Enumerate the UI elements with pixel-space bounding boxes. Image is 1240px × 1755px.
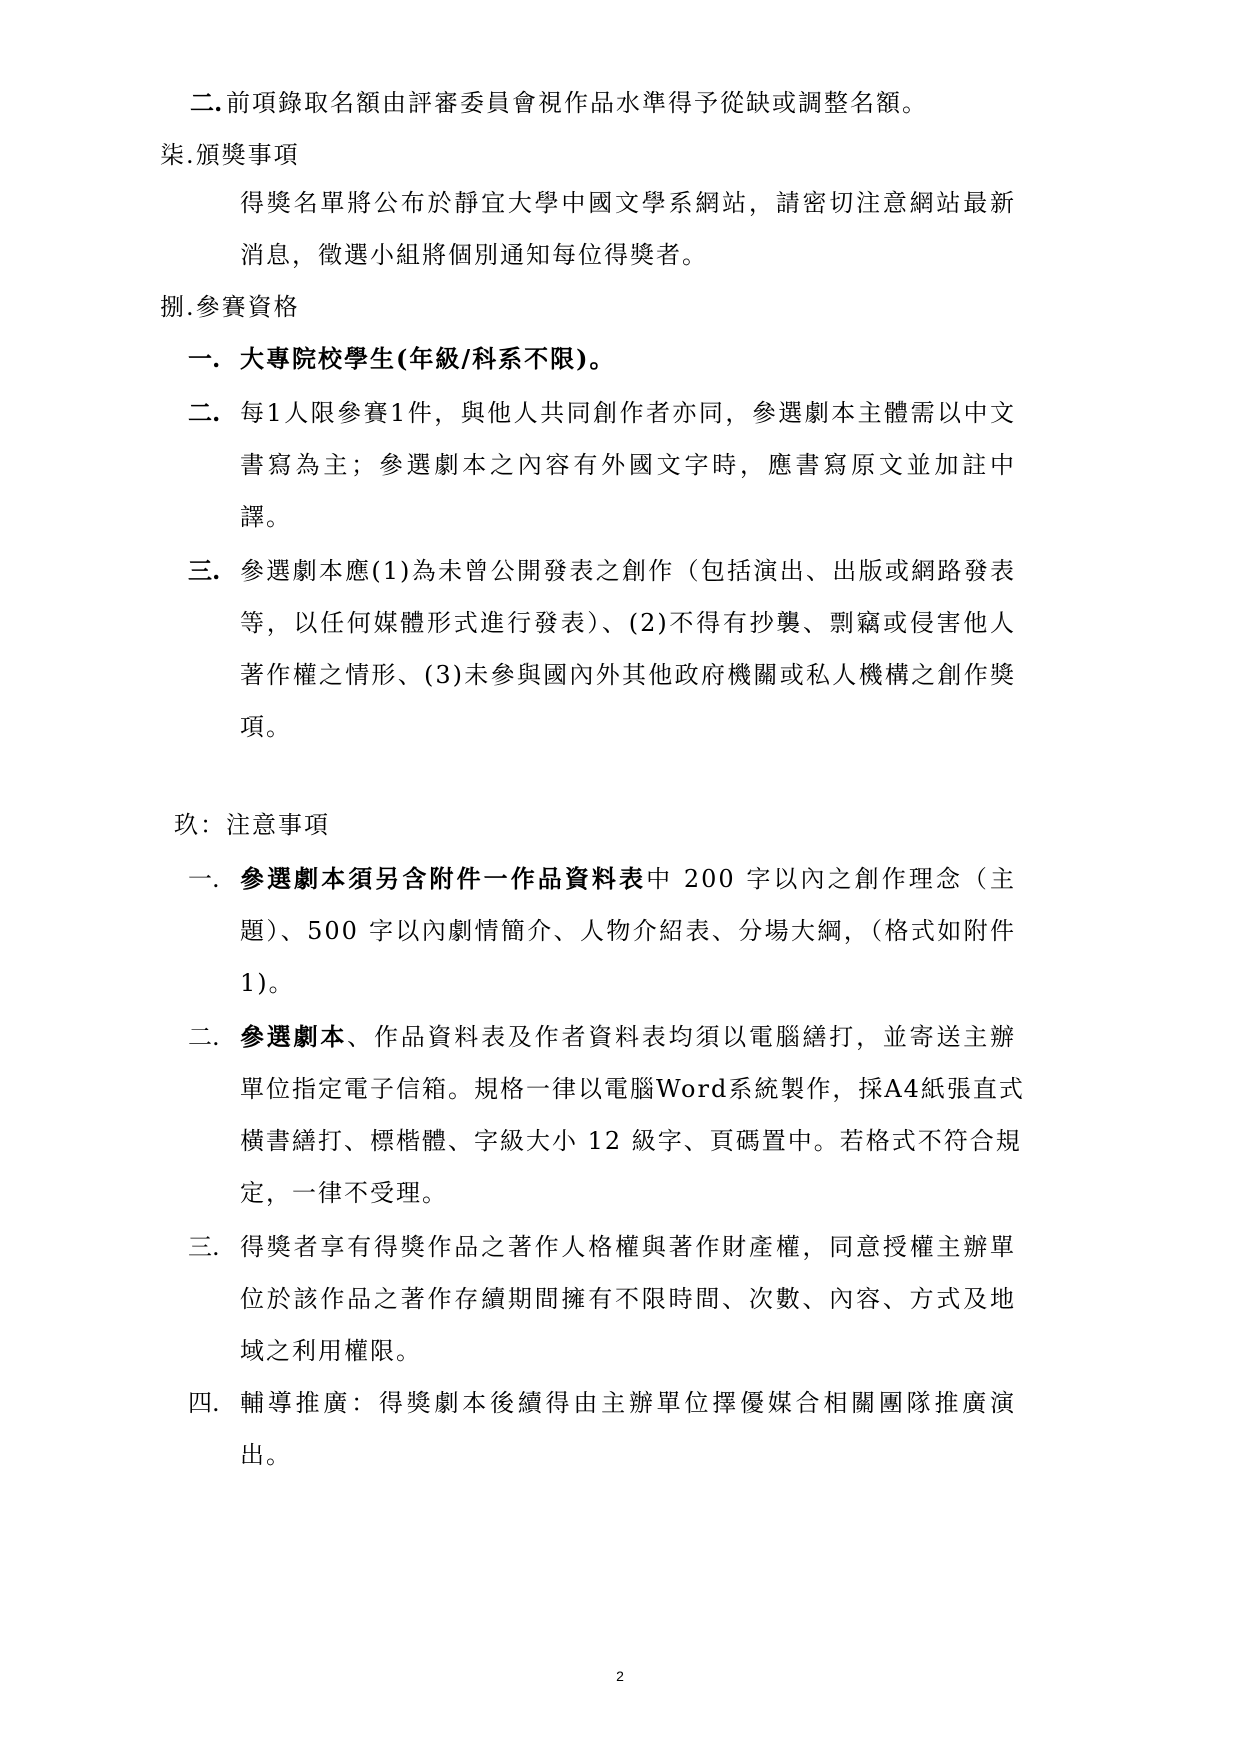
paragraph-line: 書寫為主；參選劇本之內容有外國文字時，應書寫原文並加註中 — [240, 450, 1016, 480]
paragraph-line: 每1人限參賽1件，與他人共同創作者亦同，參選劇本主體需以中文 — [240, 398, 1016, 428]
text-run: 中 200 字以內之創作理念（主 — [646, 865, 1016, 893]
paragraph-line: 得獎者享有得獎作品之著作人格權與著作財產權，同意授權主辦單 — [240, 1232, 1016, 1262]
paragraph-line: 1)。 — [240, 968, 295, 998]
list-marker: 三. — [188, 1232, 220, 1262]
section-heading: 柒.頒獎事項 — [160, 140, 300, 170]
paragraph-line: 大專院校學生(年級/科系不限)。 — [240, 344, 615, 374]
paragraph-line: 橫書繕打、標楷體、字級大小 12 級字、頁碼置中。若格式不符合規 — [240, 1126, 1016, 1156]
paragraph-line: 前項錄取名額由評審委員會視作品水準得予從缺或調整名額。 — [226, 88, 928, 118]
list-marker: 二. — [188, 398, 220, 428]
paragraph-line: 位於該作品之著作存續期間擁有不限時間、次數、內容、方式及地 — [240, 1284, 1016, 1314]
list-marker: 二. — [190, 88, 222, 118]
paragraph-line: 域之利用權限。 — [240, 1336, 422, 1366]
paragraph-line: 著作權之情形、(3)未參與國內外其他政府機關或私人機構之創作獎 — [240, 660, 1016, 690]
paragraph-line: 參選劇本、作品資料表及作者資料表均須以電腦繕打，並寄送主辦 — [240, 1022, 1016, 1052]
paragraph-line: 題）、500 字以內劇情簡介、人物介紹表、分場大綱，（格式如附件 — [240, 916, 1016, 946]
list-marker: 四. — [188, 1388, 220, 1418]
bold-phrase: 參選劇本 — [240, 1022, 347, 1051]
paragraph-line: 消息，徵選小組將個別通知每位得獎者。 — [240, 240, 708, 270]
paragraph-line: 項。 — [240, 712, 292, 742]
document-page: 二. 前項錄取名額由評審委員會視作品水準得予從缺或調整名額。 柒.頒獎事項 得獎… — [0, 0, 1240, 1755]
section-heading: 捌.參賽資格 — [160, 292, 300, 322]
list-marker: 一. — [188, 864, 220, 894]
paragraph-line: 譯。 — [240, 502, 292, 532]
list-marker: 一. — [188, 344, 220, 374]
list-marker: 三. — [188, 556, 220, 586]
paragraph-line: 得獎名單將公布於靜宜大學中國文學系網站，請密切注意網站最新 — [240, 188, 1016, 218]
text-run: 、作品資料表及作者資料表均須以電腦繕打，並寄送主辦 — [347, 1023, 1016, 1051]
list-marker: 二. — [188, 1022, 220, 1052]
paragraph-line: 等，以任何媒體形式進行發表）、(2)不得有抄襲、剽竊或侵害他人 — [240, 608, 1016, 638]
bold-phrase: 參選劇本須另含附件一作品資料表 — [240, 864, 646, 893]
paragraph-line: 單位指定電子信箱。規格一律以電腦Word系統製作，採A4紙張直式 — [240, 1074, 1016, 1104]
paragraph-line: 輔導推廣：得獎劇本後續得由主辦單位擇優媒合相關團隊推廣演 — [240, 1388, 1016, 1418]
paragraph-line: 定，一律不受理。 — [240, 1178, 448, 1208]
page-number: 2 — [0, 1668, 1240, 1684]
paragraph-line: 參選劇本須另含附件一作品資料表中 200 字以內之創作理念（主 — [240, 864, 1016, 894]
section-heading: 玖：注意事項 — [174, 810, 330, 840]
paragraph-line: 出。 — [240, 1440, 292, 1470]
paragraph-line: 參選劇本應(1)為未曾公開發表之創作（包括演出、出版或網路發表 — [240, 556, 1016, 586]
